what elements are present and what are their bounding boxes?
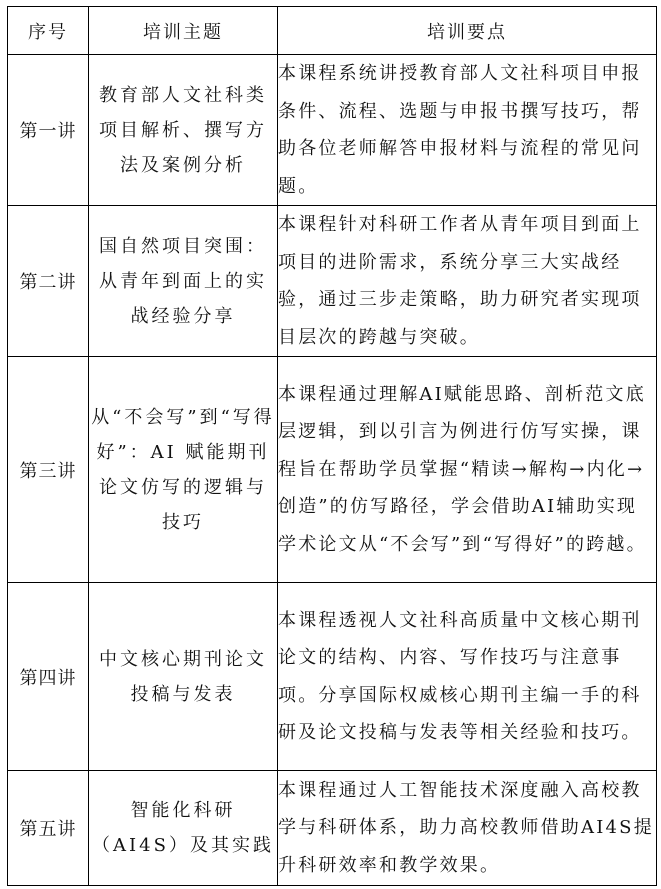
lecture-topic: 中文核心期刊论文投稿与发表 xyxy=(89,583,278,771)
lecture-points: 本课程透视人文社科高质量中文核心期刊论文的结构、内容、写作技巧与注意事项。分享国… xyxy=(278,583,657,771)
lecture-number: 第二讲 xyxy=(8,206,89,357)
lecture-number: 第一讲 xyxy=(8,55,89,206)
table-row: 第一讲 教育部人文社科类项目解析、撰写方法及案例分析 本课程系统讲授教育部人文社… xyxy=(8,55,657,206)
table-row: 第三讲 从“不会写”到“写得好”：AI 赋能期刊论文仿写的逻辑与技巧 本课程通过… xyxy=(8,357,657,583)
lecture-number: 第四讲 xyxy=(8,583,89,771)
table-row: 第二讲 国自然项目突围：从青年到面上的实战经验分享 本课程针对科研工作者从青年项… xyxy=(8,206,657,357)
lecture-number: 第五讲 xyxy=(8,771,89,886)
lecture-topic: 从“不会写”到“写得好”：AI 赋能期刊论文仿写的逻辑与技巧 xyxy=(89,357,278,583)
lecture-topic: 国自然项目突围：从青年到面上的实战经验分享 xyxy=(89,206,278,357)
header-topic: 培训主题 xyxy=(89,7,278,55)
header-points: 培训要点 xyxy=(278,7,657,55)
lecture-topic: 智能化科研（AI4S）及其实践 xyxy=(89,771,278,886)
table-row: 第五讲 智能化科研（AI4S）及其实践 本课程通过人工智能技术深度融入高校教学与… xyxy=(8,771,657,886)
lecture-points: 本课程针对科研工作者从青年项目到面上项目的进阶需求，系统分享三大实战经验，通过三… xyxy=(278,206,657,357)
training-schedule-table: 序号 培训主题 培训要点 第一讲 教育部人文社科类项目解析、撰写方法及案例分析 … xyxy=(7,6,657,886)
table-row: 第四讲 中文核心期刊论文投稿与发表 本课程透视人文社科高质量中文核心期刊论文的结… xyxy=(8,583,657,771)
lecture-points: 本课程通过人工智能技术深度融入高校教学与科研体系，助力高校教师借助AI4S提升科… xyxy=(278,771,657,886)
lecture-points: 本课程通过理解AI赋能思路、剖析范文底层逻辑，到以引言为例进行仿写实操，课程旨在… xyxy=(278,357,657,583)
lecture-number: 第三讲 xyxy=(8,357,89,583)
lecture-points: 本课程系统讲授教育部人文社科项目申报条件、流程、选题与申报书撰写技巧，帮助各位老… xyxy=(278,55,657,206)
lecture-topic: 教育部人文社科类项目解析、撰写方法及案例分析 xyxy=(89,55,278,206)
header-number: 序号 xyxy=(8,7,89,55)
header-row: 序号 培训主题 培训要点 xyxy=(8,7,657,55)
